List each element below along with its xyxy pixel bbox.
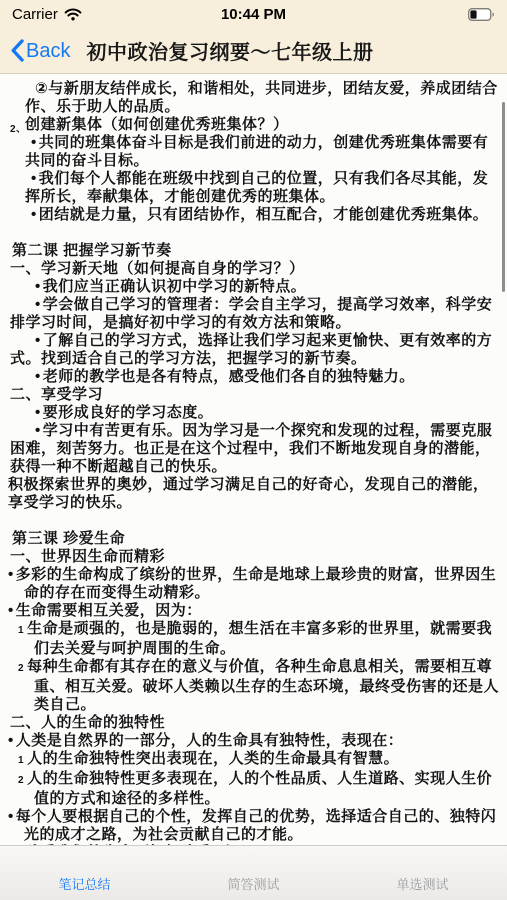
- paragraph: 2、创建新集体（如何创建优秀班集体？）: [8, 116, 501, 134]
- app-window: Carrier 10:44 PM Back 初中政治复习纲要～七年级上册: [0, 0, 507, 900]
- bullet-icon: •: [8, 602, 16, 619]
- paragraph: •团结就是力量，只有团结协作，相互配合，才能创建优秀班集体。: [8, 206, 501, 224]
- paragraph: 二、人的生命的独特性: [8, 714, 501, 732]
- carrier-label: Carrier: [12, 6, 58, 23]
- paragraph-text: 了解自己的学习方式，选择让我们学习起来更愉快、更有效率的方式。找到适合自己的学习…: [10, 332, 492, 367]
- bullet-icon: •: [31, 206, 39, 223]
- paragraph-text: 我们应当正确认识初中学习的新特点。: [43, 278, 307, 295]
- paragraph-text: 团结就是力量，只有团结协作，相互配合，才能创建优秀班集体。: [39, 206, 489, 223]
- paragraph-text: 人的生命独特性突出表现在，人类的生命最具有智慧。: [27, 750, 399, 767]
- paragraph-text: 生命需要相互关爱，因为：: [16, 602, 202, 619]
- list-marker: 1: [18, 625, 27, 636]
- status-bar: Carrier 10:44 PM: [0, 0, 507, 28]
- bullet-icon: •: [35, 368, 43, 385]
- tab-label: 简答测试: [227, 874, 279, 893]
- paragraph: •学习中有苦更有乐。因为学习是一个探究和发现的过程，需要克服困难，刻苦努力。也正…: [8, 422, 501, 476]
- bullet-icon: •: [35, 404, 43, 421]
- paragraph: 1人的生命独特性突出表现在，人类的生命最具有智慧。: [8, 750, 501, 770]
- bullet-icon: •: [8, 808, 16, 825]
- paragraph-text: 我们每个人都能在班级中找到自己的位置，只有我们各尽其能，发挥所长，奉献集体，才能…: [25, 170, 488, 205]
- paragraph-text: 第二课 把握学习新节奏: [12, 242, 172, 259]
- paragraph-text: 学习中有苦更有乐。因为学习是一个探究和发现的过程，需要克服困难，刻苦努力。也正是…: [10, 422, 492, 475]
- paragraph: 积极探索世界的奥妙，通过学习满足自己的好奇心，发现自己的潜能， 享受学习的快乐。: [8, 476, 501, 512]
- tab-single-choice-test[interactable]: 单选测试: [338, 846, 507, 900]
- paragraph: •我们应当正确认识初中学习的新特点。: [8, 278, 501, 296]
- list-marker: 2: [18, 663, 27, 674]
- battery-icon: [468, 8, 495, 21]
- paragraph-text: 积极探索世界的奥妙，通过学习满足自己的好奇心，发现自己的潜能， 享受学习的快乐。: [8, 476, 489, 511]
- paragraph-text: ②与新朋友结伴成长，和谐相处，共同进步，团结友爱，养成团结合作、乐于助人的品质。: [25, 80, 498, 115]
- navigation-bar: Back 初中政治复习纲要～七年级上册: [0, 28, 507, 73]
- paragraph-text: 要形成良好的学习态度。: [43, 404, 214, 421]
- paragraph-text: 一、学习新天地（如何提高自身的学习？）: [10, 260, 305, 277]
- paragraph: 2每种生命都有其存在的意义与价值，各种生命息息相关，需要相互尊重、相互关爱。破坏…: [8, 658, 501, 714]
- bullet-icon: •: [31, 134, 39, 151]
- paragraph-text: 每种生命都有其存在的意义与价值，各种生命息息相关，需要相互尊重、相互关爱。破坏人…: [27, 658, 499, 713]
- paragraph-text: 多彩的生命构成了缤纷的世界，生命是地球上最珍贵的财富，世界因生命的存在而变得生动…: [16, 566, 497, 601]
- paragraph-spacer: [8, 224, 501, 242]
- tab-notes-summary[interactable]: 笔记总结: [0, 846, 169, 900]
- paragraph: •共同的班集体奋斗目标是我们前进的动力，创建优秀班集体需要有共同的奋斗目标。: [8, 134, 501, 170]
- list-marker: 2: [18, 775, 27, 786]
- paragraph-text: 二、人的生命的独特性: [10, 714, 165, 731]
- scrollbar[interactable]: [502, 102, 505, 292]
- bullet-icon: •: [35, 278, 43, 295]
- list-marker: 2、: [10, 121, 27, 139]
- notes-scroll-area[interactable]: ②与新朋友结伴成长，和谐相处，共同进步，团结友爱，养成团结合作、乐于助人的品质。…: [0, 73, 507, 845]
- paragraph-text: 创建新集体（如何创建优秀班集体？）: [25, 116, 289, 133]
- paragraph: 1生命是顽强的，也是脆弱的，想生活在丰富多彩的世界里，就需要我们去关爱与呵护周围…: [8, 620, 501, 658]
- bullet-icon: •: [35, 296, 43, 313]
- paragraph: •生命需要相互关爱，因为：: [8, 602, 501, 620]
- paragraph: 一、学习新天地（如何提高自身的学习？）: [8, 260, 501, 278]
- wifi-icon: [64, 8, 82, 21]
- paragraph: 第二课 把握学习新节奏: [8, 242, 501, 260]
- tab-short-answer-test[interactable]: 简答测试: [169, 846, 338, 900]
- paragraph: 二、享受学习: [8, 386, 501, 404]
- tab-label: 单选测试: [396, 874, 448, 893]
- bullet-icon: •: [8, 566, 16, 583]
- paragraph-text: 二、享受学习: [10, 386, 103, 403]
- bullet-icon: •: [8, 732, 16, 749]
- bullet-icon: •: [31, 170, 39, 187]
- list-marker: 1: [18, 755, 27, 766]
- paragraph: •人类是自然界的一部分，人的生命具有独特性，表现在：: [8, 732, 501, 750]
- note-content: ②与新朋友结伴成长，和谐相处，共同进步，团结友爱，养成团结合作、乐于助人的品质。…: [0, 74, 507, 845]
- back-button[interactable]: Back: [10, 39, 70, 62]
- paragraph-text: 生命是顽强的，也是脆弱的，想生活在丰富多彩的世界里，就需要我们去关爱与呵护周围的…: [27, 620, 492, 657]
- paragraph-spacer: [8, 512, 501, 530]
- paragraph: 一、世界因生命而精彩: [8, 548, 501, 566]
- paragraph: ②与新朋友结伴成长，和谐相处，共同进步，团结友爱，养成团结合作、乐于助人的品质。: [8, 80, 501, 116]
- paragraph-text: 人类是自然界的一部分，人的生命具有独特性，表现在：: [16, 732, 404, 749]
- tab-bar: 笔记总结简答测试单选测试: [0, 845, 507, 900]
- paragraph-text: 老师的教学也是各有特点，感受他们各自的独特魅力。: [43, 368, 415, 385]
- bullet-icon: •: [35, 332, 43, 349]
- chevron-left-icon: [10, 39, 24, 62]
- paragraph: •要形成良好的学习态度。: [8, 404, 501, 422]
- paragraph-text: 一、世界因生命而精彩: [10, 548, 165, 565]
- tab-label: 笔记总结: [58, 874, 110, 893]
- back-label: Back: [26, 41, 70, 61]
- paragraph-text: 每个人要根据自己的个性，发挥自己的优势，选择适合自己的、独特闪光的成才之路，为社…: [16, 808, 497, 843]
- paragraph-text: 学会做自己学习的管理者：学会自主学习，提高学习效率，科学安排学习时间，是搞好初中…: [10, 296, 492, 331]
- paragraph: •我们每个人都能在班级中找到自己的位置，只有我们各尽其能，发挥所长，奉献集体，才…: [8, 170, 501, 206]
- paragraph-text: 人的生命独特性更多表现在，人的个性品质、人生道路、实现人生价值的方式和途径的多样…: [27, 770, 492, 807]
- paragraph: •多彩的生命构成了缤纷的世界，生命是地球上最珍贵的财富，世界因生命的存在而变得生…: [8, 566, 501, 602]
- paragraph-text: 共同的班集体奋斗目标是我们前进的动力，创建优秀班集体需要有共同的奋斗目标。: [25, 134, 488, 169]
- paragraph-text: 第三课 珍爱生命: [12, 530, 125, 547]
- page-title: 初中政治复习纲要～七年级上册: [86, 36, 373, 65]
- paragraph: •老师的教学也是各有特点，感受他们各自的独特魅力。: [8, 368, 501, 386]
- paragraph: 2人的生命独特性更多表现在，人的个性品质、人生道路、实现人生价值的方式和途径的多…: [8, 770, 501, 808]
- paragraph: •了解自己的学习方式，选择让我们学习起来更愉快、更有效率的方式。找到适合自己的学…: [8, 332, 501, 368]
- paragraph: •每个人要根据自己的个性，发挥自己的优势，选择适合自己的、独特闪光的成才之路，为…: [8, 808, 501, 844]
- paragraph: •学会做自己学习的管理者：学会自主学习，提高学习效率，科学安排学习时间，是搞好初…: [8, 296, 501, 332]
- paragraph: 第三课 珍爱生命: [8, 530, 501, 548]
- bullet-icon: •: [35, 422, 43, 439]
